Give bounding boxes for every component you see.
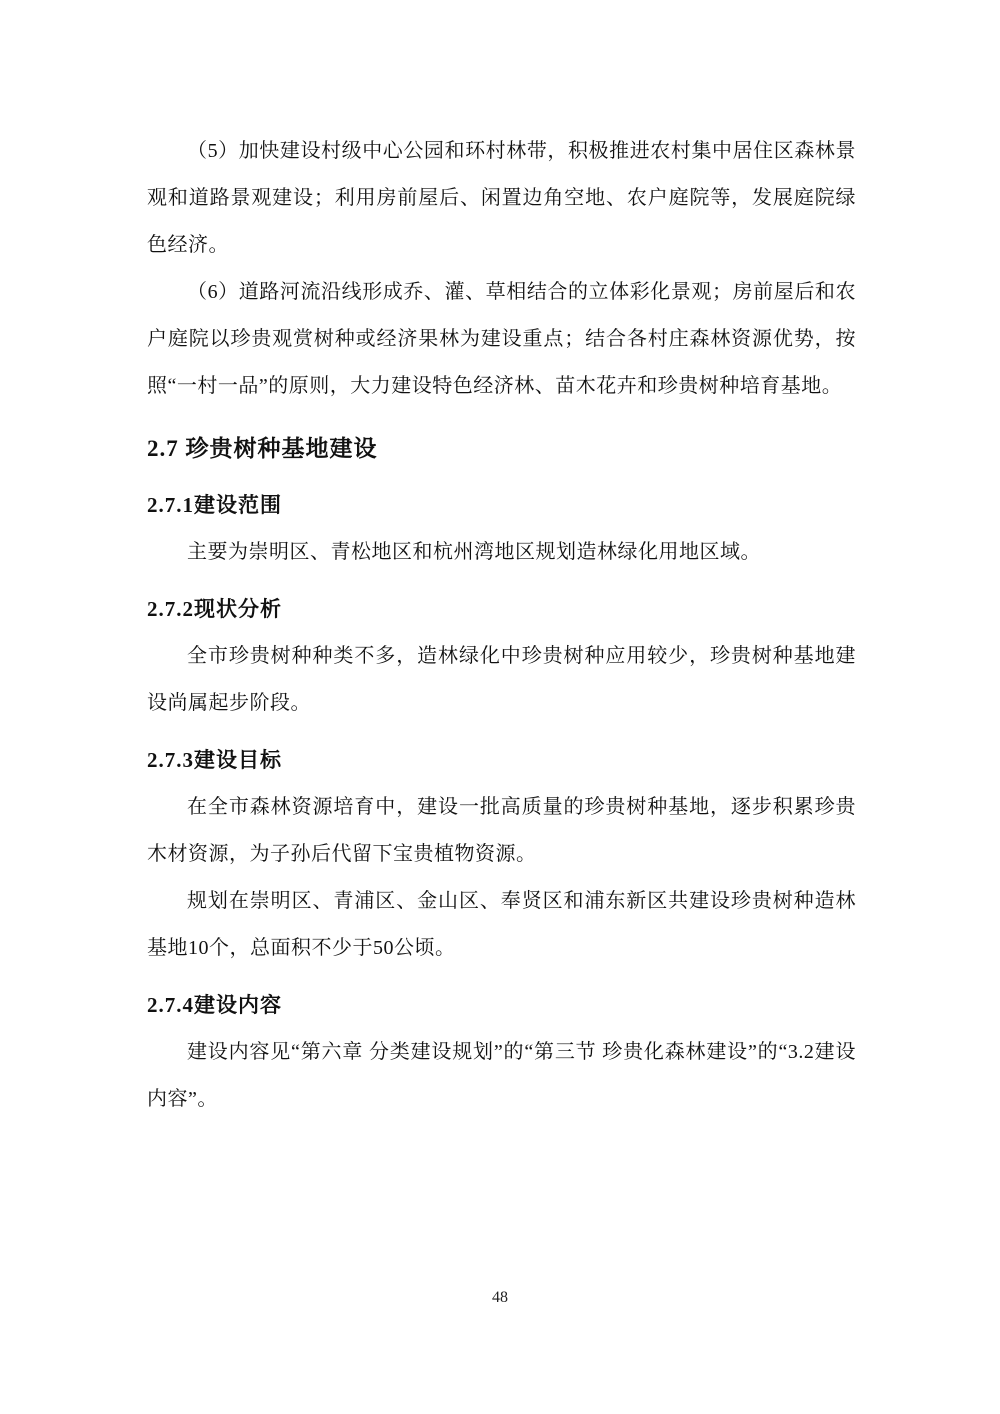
section-heading-2-7: 2.7 珍贵树种基地建设 [147, 425, 856, 472]
subsection-heading-2-7-2: 2.7.2现状分析 [147, 586, 856, 633]
subsection-heading-2-7-1: 2.7.1建设范围 [147, 482, 856, 529]
subsection-2-7-2-body: 全市珍贵树种种类不多，造林绿化中珍贵树种应用较少，珍贵树种基地建设尚属起步阶段。 [147, 633, 856, 727]
subsection-2-7-4-body: 建设内容见“第六章 分类建设规划”的“第三节 珍贵化森林建设”的“3.2建设内容… [147, 1029, 856, 1123]
subsection-2-7-3-body-2: 规划在崇明区、青浦区、金山区、奉贤区和浦东新区共建设珍贵树种造林基地10个，总面… [147, 878, 856, 972]
subsection-2-7-3-body-1: 在全市森林资源培育中，建设一批高质量的珍贵树种基地，逐步积累珍贵木材资源，为子孙… [147, 784, 856, 878]
document-page: （5）加快建设村级中心公园和环村林带，积极推进农村集中居住区森林景观和道路景观建… [0, 0, 1000, 1414]
subsection-2-7-1-body: 主要为崇明区、青松地区和杭州湾地区规划造林绿化用地区域。 [147, 529, 856, 576]
page-number: 48 [0, 1288, 1000, 1308]
paragraph-item-5: （5）加快建设村级中心公园和环村林带，积极推进农村集中居住区森林景观和道路景观建… [147, 128, 856, 269]
paragraph-item-6: （6）道路河流沿线形成乔、灌、草相结合的立体彩化景观；房前屋后和农户庭院以珍贵观… [147, 269, 856, 410]
subsection-heading-2-7-4: 2.7.4建设内容 [147, 982, 856, 1029]
subsection-heading-2-7-3: 2.7.3建设目标 [147, 737, 856, 784]
